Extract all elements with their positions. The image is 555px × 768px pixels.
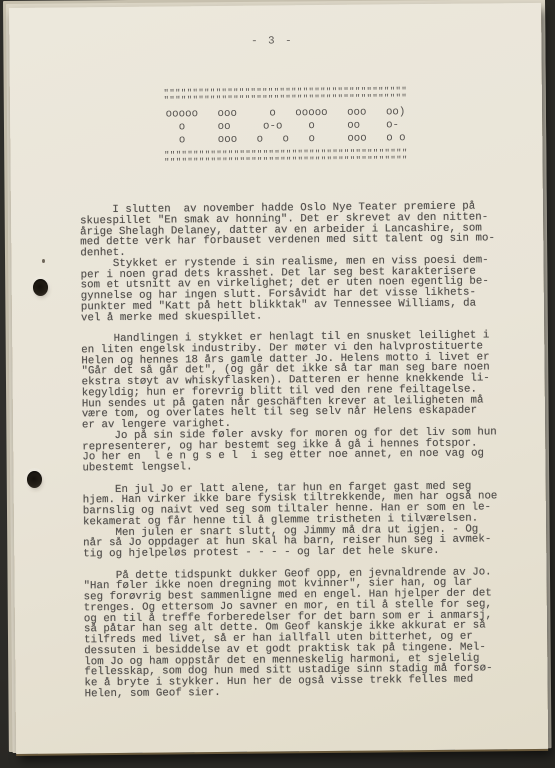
punch-hole-bottom [27,471,42,488]
document-page: - 3 - """"""""""""""""""""""""""""""""""… [9,3,548,754]
paragraph-premiere: I slutten av november hadde Oslo Nye Tea… [80,201,520,259]
ornament-middle-pattern: ooooo ooo o ooooo ooo oo) o oo o-o o oo … [166,106,406,147]
page-number: - 3 - [65,33,479,49]
ornament-border-top: """"""""""""""""""""""""""""""""""""""""… [79,87,492,104]
document-body: I slutten av november hadde Oslo Nye Tea… [80,201,525,700]
paragraph-geof: På dette tidspunkt dukker Geof opp, en j… [83,567,524,700]
paragraph-handlingen: Handlingen i stykket er henlagt til en s… [81,330,522,431]
punch-hole-top [33,279,48,296]
paper-speck [42,259,45,263]
paragraph-jo-avsky: Jo på sin side føler avsky for moren og … [82,427,522,474]
typewriter-ornament: """"""""""""""""""""""""""""""""""""""""… [79,87,493,166]
paragraph-realisme: Stykket er rystende i sin realisme, men … [80,255,521,324]
ornament-border-bottom: """"""""""""""""""""""""""""""""""""""""… [79,150,492,167]
photo-background: - 3 - """"""""""""""""""""""""""""""""""… [0,0,555,768]
paragraph-jul-jimmy: En jul Jo er latt alene, tar hun en farg… [83,481,524,560]
